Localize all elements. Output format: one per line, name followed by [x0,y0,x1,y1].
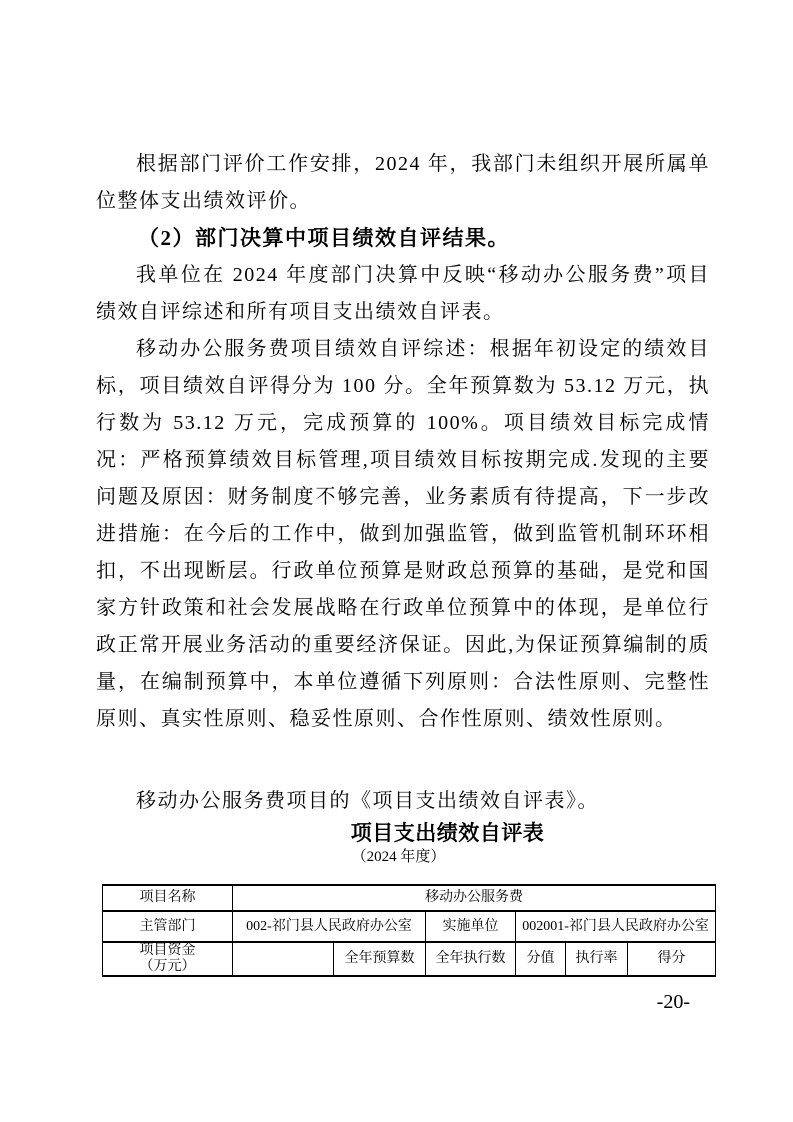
table-row-departments: 主管部门 002-祁门县人民政府办公室 实施单位 002001-祁门县人民政府办… [103,911,716,942]
page-number: -20- [657,992,690,1012]
cell-project-name-label: 项目名称 [103,885,233,911]
cell-implementing-unit-label: 实施单位 [426,911,516,942]
table-row-project-funds-header: 项目资金 （万元） 全年预算数 全年执行数 分值 执行率 得分 [103,942,716,976]
cell-annual-budget-header: 全年预算数 [334,942,426,976]
cell-implementing-unit-value: 002001-祁门县人民政府办公室 [516,911,716,942]
cell-funds-blank [233,942,334,976]
project-funds-label-line2: （万元） [140,959,196,974]
table-row-project-name: 项目名称 移动办公服务费 [103,885,716,911]
cell-competent-department-label: 主管部门 [103,911,233,942]
cell-project-name-value: 移动办公服务费 [233,885,716,911]
project-funds-label-line1: 项目资金 [140,943,196,958]
table-subtitle: （2024 年度） [96,846,701,868]
paragraph-final-accounts: 我单位在 2024 年度部门决算中反映“移动办公服务费”项目绩效自评综述和所有项… [96,257,710,331]
document-content: 根据部门评价工作安排，2024 年，我部门未组织开展所属单位整体支出绩效评价。 … [96,146,710,977]
cell-competent-department-value: 002-祁门县人民政府办公室 [233,911,426,942]
project-expenditure-self-evaluation-table: 项目名称 移动办公服务费 主管部门 002-祁门县人民政府办公室 实施单位 00… [102,884,716,977]
paragraph-self-evaluation-summary: 移动办公服务费项目绩效自评综述：根据年初设定的绩效目标，项目绩效自评得分为 10… [96,331,710,738]
cell-points-header: 得分 [628,942,716,976]
section-heading-self-evaluation: （2）部门决算中项目绩效自评结果。 [96,220,710,257]
paragraph-department-evaluation: 根据部门评价工作安排，2024 年，我部门未组织开展所属单位整体支出绩效评价。 [96,146,710,220]
cell-project-funds-label: 项目资金 （万元） [103,942,233,976]
cell-execution-rate-header: 执行率 [566,942,628,976]
cell-annual-execution-header: 全年执行数 [426,942,516,976]
cell-score-value-header: 分值 [516,942,566,976]
table-title: 项目支出绩效自评表 [185,820,710,846]
document-page: 根据部门评价工作安排，2024 年，我部门未组织开展所属单位整体支出绩效评价。 … [0,0,793,1122]
paragraph-table-reference: 移动办公服务费项目的《项目支出绩效自评表》。 [96,783,710,820]
